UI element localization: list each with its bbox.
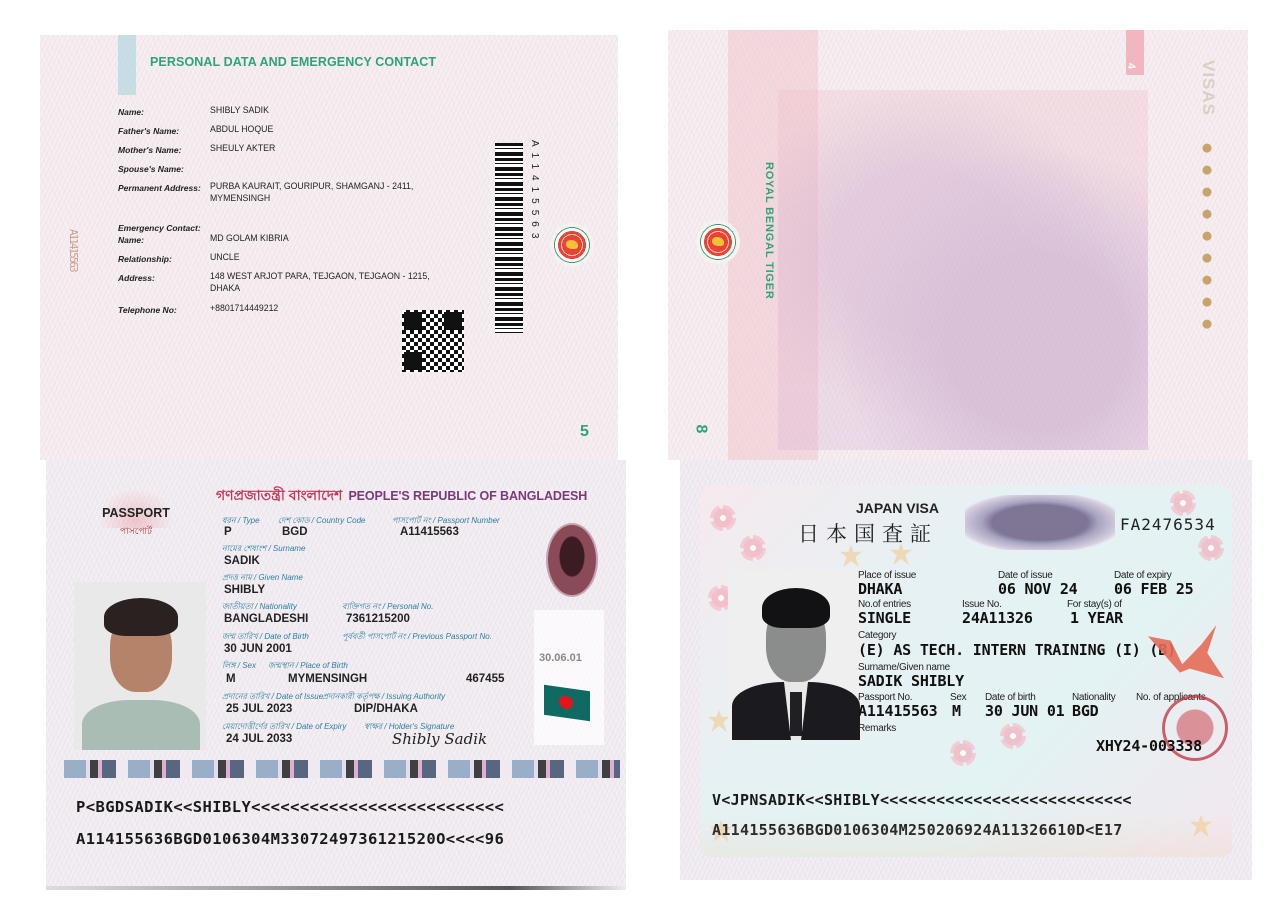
personal-data-page: A11415563 PERSONAL DATA AND EMERGENCY CO…	[40, 35, 618, 460]
laser-perforation: ●●●●●●●●●	[1198, 138, 1216, 336]
field-name: Name: SHIBLY SADIK	[118, 105, 478, 124]
blossom-icon	[1170, 490, 1196, 516]
field-mother-name: Mother's Name: SHEULY AKTER	[118, 143, 478, 162]
label-category: Category	[858, 630, 896, 641]
blossom-icon	[1198, 535, 1224, 561]
country-name-bn: গণপ্রজাতন্ত্রী বাংলাদেশ	[216, 487, 342, 503]
holder-signature: Shibly Sadik	[392, 730, 487, 748]
value-sex: M	[226, 673, 236, 685]
mrz-line-2: A114155636BGD0106304M3307249736121520O<<…	[76, 830, 504, 848]
visa-number: FA2476534	[1120, 515, 1216, 534]
field-value: ABDUL HOQUE	[210, 124, 457, 143]
blossom-icon	[1000, 723, 1026, 749]
value-entries: SINGLE	[858, 609, 911, 627]
field-label: Relationship:	[118, 252, 210, 271]
value-date-of-issue: 25 JUL 2023	[226, 703, 292, 715]
sticker-edge	[700, 815, 1232, 857]
value-place-of-issue: DHAKA	[858, 580, 902, 598]
field-value: SHEULY AKTER	[210, 143, 457, 162]
ghost-image-date: 30.06.01	[539, 652, 582, 664]
value-stay: 1 YEAR	[1070, 609, 1123, 627]
barcode-icon	[495, 143, 523, 333]
field-label: Name:	[118, 233, 210, 252]
value-reference: XHY24-003338	[1096, 737, 1202, 755]
value-passport-no: A11415563	[858, 702, 937, 720]
field-relationship: Relationship: UNCLE	[118, 252, 478, 271]
field-value: UNCLE	[210, 252, 457, 271]
value-nationality: BGD	[1072, 702, 1099, 720]
field-spouse-name: Spouse's Name:	[118, 162, 478, 181]
blossom-icon	[950, 740, 976, 766]
value-issue-no: 24A11326	[962, 609, 1033, 627]
value-category: (E) AS TECH. INTERN TRAINING (I) (B)	[858, 641, 1176, 659]
value-date-of-issue: 06 NOV 24	[998, 580, 1077, 598]
maple-leaf-icon	[708, 710, 730, 732]
field-value: MD GOLAM KIBRIA	[210, 233, 457, 252]
blossom-icon	[740, 535, 766, 561]
country-header: গণপ্রজাতন্ত্রী বাংলাদেশPEOPLE'S REPUBLIC…	[216, 484, 587, 508]
passport-label-bn: পাসপোর্ট	[86, 524, 186, 539]
tiger-watermark	[778, 90, 1148, 450]
japan-visa-sticker: JAPAN VISA 日本国査証 FA2476534 Place of issu…	[700, 485, 1232, 857]
visa-title: JAPAN VISA	[856, 500, 939, 516]
value-type: P	[224, 526, 232, 538]
government-emblem-icon	[550, 223, 594, 267]
holder-photo	[728, 570, 864, 740]
value-name: SADIK SHIBLY	[858, 672, 964, 690]
field-label: Permanent Address:	[118, 181, 210, 213]
field-label: Spouse's Name:	[118, 162, 210, 181]
page-edge	[46, 886, 626, 890]
maple-leaf-icon	[840, 545, 862, 567]
passport-label-en: PASSPORT	[86, 506, 186, 520]
field-emergency-name: Name: MD GOLAM KIBRIA	[118, 233, 478, 252]
field-label: Address:	[118, 271, 210, 303]
value-surname: SADIK	[224, 555, 260, 567]
visa-page: JAPAN VISA 日本国査証 FA2476534 Place of issu…	[680, 460, 1252, 880]
value-country-code: BGD	[282, 526, 308, 538]
country-name-en: PEOPLE'S REPUBLIC OF BANGLADESH	[348, 489, 587, 503]
visa-mrz-line-1: V<JPNSADIK<<SHIBLY<<<<<<<<<<<<<<<<<<<<<<…	[712, 791, 1132, 809]
field-value: SHIBLY SADIK	[210, 105, 457, 124]
ghost-photo-oval	[546, 523, 598, 597]
label-previous-passport: পূর্ববর্তী পাসপোর্ট নং / Previous Passpo…	[342, 631, 492, 644]
value-dob: 30 JUN 2001	[224, 643, 292, 655]
page-number: 8	[691, 425, 709, 434]
field-value: 148 WEST ARJOT PARA, TEJGAON, TEJGAON - …	[210, 271, 457, 303]
value-sex: M	[952, 702, 961, 720]
field-value	[210, 162, 457, 181]
page-number: 5	[580, 423, 589, 441]
field-permanent-address: Permanent Address: PURBA KAURAIT, GOURIP…	[118, 181, 478, 213]
value-dob: 30 JUN 01	[985, 702, 1064, 720]
field-emergency-address: Address: 148 WEST ARJOT PARA, TEJGAON, T…	[118, 271, 478, 303]
government-emblem-icon	[696, 220, 740, 264]
visas-label: VISAS	[1198, 60, 1218, 116]
visa-title-jp: 日本国査証	[798, 518, 938, 548]
field-value: PURBA KAURAIT, GOURIPUR, SHAMGANJ - 2411…	[210, 181, 457, 213]
personal-fields: Name: SHIBLY SADIK Father's Name: ABDUL …	[118, 105, 478, 322]
value-nationality: BANGLADESHI	[224, 613, 308, 625]
hologram-icon	[965, 495, 1115, 550]
hologram-strip	[64, 760, 620, 778]
label-remarks: Remarks	[858, 723, 896, 734]
visa-page-background: ROYAL BENGAL TIGER 4 VISAS ●●●●●●●●● 8	[668, 30, 1248, 460]
passport-bio-page: PASSPORT পাসপোর্ট গণপ্রজাতন্ত্রী বাংলাদে…	[46, 460, 626, 890]
mrz-line-1: P<BGDSADIK<<SHIBLY<<<<<<<<<<<<<<<<<<<<<<…	[76, 798, 504, 816]
bangladesh-flag-icon	[544, 685, 590, 721]
tiger-label: ROYAL BENGAL TIGER	[763, 162, 775, 300]
value-passport-number: A11415563	[400, 526, 459, 538]
laser-perforation: A11415563	[62, 80, 92, 420]
value-extra-number: 467455	[466, 673, 504, 685]
field-label: Telephone No:	[118, 303, 210, 322]
emergency-heading-row: Emergency Contact:	[118, 221, 478, 233]
page-title: PERSONAL DATA AND EMERGENCY CONTACT	[150, 55, 436, 69]
field-label: Mother's Name:	[118, 143, 210, 162]
field-label: Name:	[118, 105, 210, 124]
ghost-image-window	[534, 610, 604, 745]
qr-code-icon	[402, 310, 464, 372]
passport-badge: PASSPORT পাসপোর্ট	[86, 480, 186, 540]
field-father-name: Father's Name: ABDUL HOQUE	[118, 124, 478, 143]
blossom-icon	[710, 505, 736, 531]
value-personal-no: 7361215200	[346, 613, 410, 625]
security-stripe	[118, 35, 136, 95]
value-given-name: SHIBLY	[224, 584, 265, 596]
holder-photo	[74, 582, 206, 750]
value-date-of-expiry: 06 FEB 25	[1114, 580, 1193, 598]
value-place-of-birth: MYMENSINGH	[288, 673, 367, 685]
tab-number: 4	[1125, 63, 1137, 69]
label-place-of-birth: জন্মস্থান / Place of Birth	[268, 660, 348, 673]
value-issuing-authority: DIP/DHAKA	[354, 703, 418, 715]
value-date-of-expiry: 24 JUL 2033	[226, 733, 292, 745]
label-sex: লিঙ্গ / Sex	[222, 660, 256, 673]
barcode-number: A11415563	[529, 140, 540, 244]
emergency-contact-heading: Emergency Contact:	[118, 221, 238, 233]
field-label: Father's Name:	[118, 124, 210, 143]
